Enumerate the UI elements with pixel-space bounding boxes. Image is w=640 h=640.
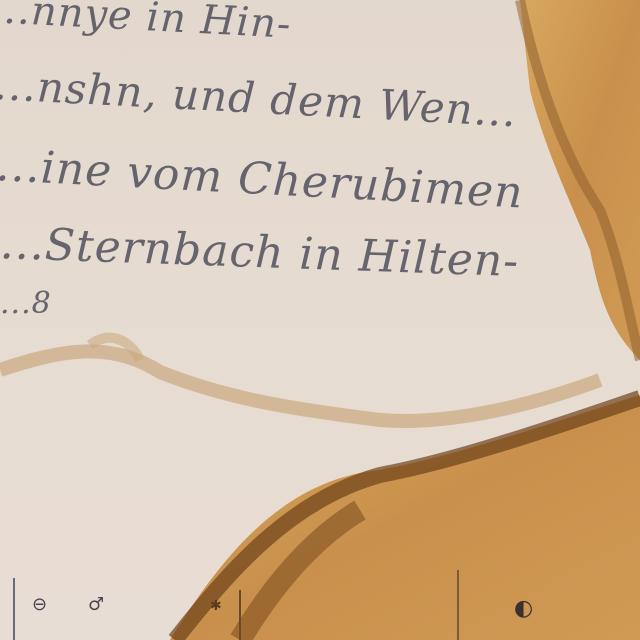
- handwriting-line-5: ...8: [0, 286, 52, 321]
- mars-symbol-icon: ♂: [88, 594, 104, 615]
- asterisk-icon: ✱: [210, 598, 222, 614]
- half-moon-icon: ◐: [514, 596, 533, 621]
- circle-minus-icon: ⊖: [32, 594, 47, 615]
- document-photo: ...nnye in Hin- ...nshn, und dem Wen... …: [0, 0, 640, 640]
